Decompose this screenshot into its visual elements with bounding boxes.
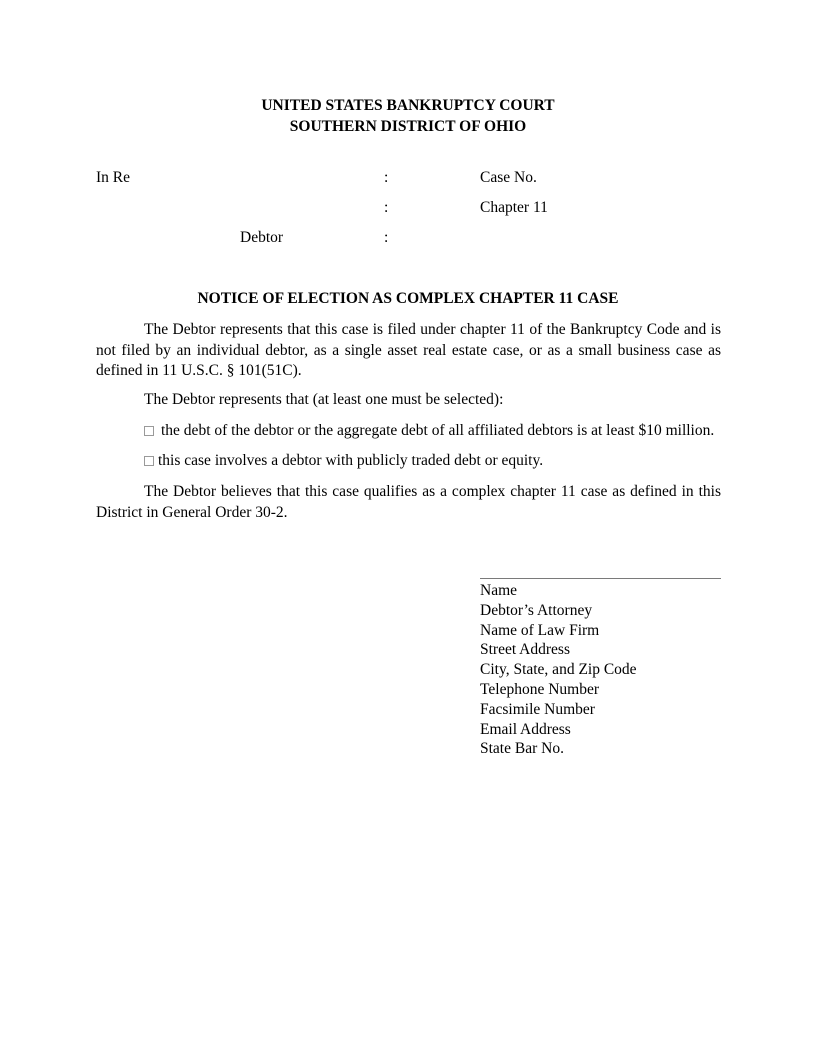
sig-role: Debtor’s Attorney bbox=[480, 601, 637, 621]
caption-separator: : bbox=[384, 199, 388, 217]
debtor-label: Debtor bbox=[240, 229, 283, 247]
notice-title: NOTICE OF ELECTION AS COMPLEX CHAPTER 11… bbox=[0, 290, 816, 308]
sig-email: Email Address bbox=[480, 720, 637, 740]
case-number-label: Case No. bbox=[480, 169, 537, 187]
caption-separator: : bbox=[384, 229, 388, 247]
option-label: the debt of the debtor or the aggregate … bbox=[161, 422, 714, 439]
caption-separator: : bbox=[384, 169, 388, 187]
chapter-label: Chapter 11 bbox=[480, 199, 548, 217]
option-label: this case involves a debtor with publicl… bbox=[158, 452, 543, 469]
signature-line bbox=[480, 578, 721, 579]
representation-paragraph: The Debtor represents that this case is … bbox=[96, 320, 721, 382]
checkbox-icon[interactable] bbox=[144, 456, 154, 466]
option-debt-threshold[interactable]: the debt of the debtor or the aggregate … bbox=[144, 422, 714, 440]
sig-city-state-zip: City, State, and Zip Code bbox=[480, 660, 637, 680]
in-re-label: In Re bbox=[96, 169, 130, 187]
qualification-paragraph: The Debtor believes that this case quali… bbox=[96, 482, 721, 523]
option-publicly-traded[interactable]: this case involves a debtor with publicl… bbox=[144, 452, 543, 470]
court-name: UNITED STATES BANKRUPTCY COURT bbox=[0, 97, 816, 115]
signature-block: Name Debtor’s Attorney Name of Law Firm … bbox=[480, 581, 637, 759]
sig-name: Name bbox=[480, 581, 637, 601]
sig-facsimile: Facsimile Number bbox=[480, 700, 637, 720]
checkbox-icon[interactable] bbox=[144, 426, 154, 436]
sig-law-firm: Name of Law Firm bbox=[480, 621, 637, 641]
sig-telephone: Telephone Number bbox=[480, 680, 637, 700]
selection-instruction: The Debtor represents that (at least one… bbox=[144, 391, 503, 409]
sig-street-address: Street Address bbox=[480, 640, 637, 660]
sig-state-bar: State Bar No. bbox=[480, 739, 637, 759]
court-district: SOUTHERN DISTRICT OF OHIO bbox=[0, 118, 816, 136]
